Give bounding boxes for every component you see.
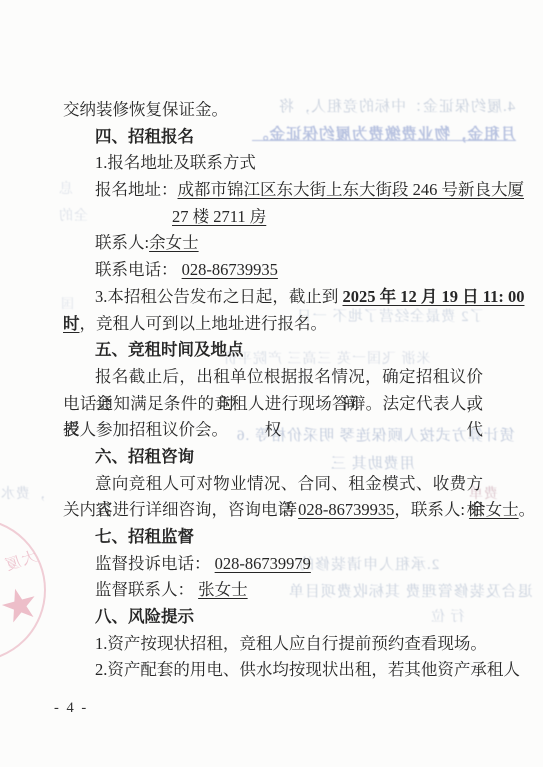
- heading-section-6: 六、招租咨询: [63, 444, 483, 471]
- line-address-2: 27 楼 2711 房: [63, 204, 483, 231]
- text-run: 27 楼 2711 房: [172, 207, 266, 226]
- line-contact-person: 联系人:余女士: [63, 230, 483, 257]
- text-run: 四、招租报名: [95, 127, 194, 146]
- heading-section-4: 四、招租报名: [63, 124, 483, 151]
- para-bidding-2: 电话通知满足条件的竞租人进行现场答辩。法定代表人或授权代: [63, 391, 483, 418]
- line-deadline-2: 时，竞租人可到以上地址进行报名。: [63, 311, 483, 338]
- item-1-contact-heading: 1.报名地址及联系方式: [63, 150, 483, 177]
- bleed-through-text: ，费水: [0, 483, 45, 503]
- text-run: 余女士: [149, 233, 199, 252]
- para-bidding-1: 报名截止后，出租单位根据报名情况，确定招租议价会时间，: [63, 364, 483, 391]
- text-run: 时: [63, 314, 80, 333]
- text-run: 2.资产配套的用电、供水均按现状出租，若其他资产承租人: [95, 660, 520, 679]
- text-run: 监督投诉电话：: [95, 554, 215, 573]
- text-run: 成都市锦江区东大街上东大街段 246 号新良大厦: [178, 180, 525, 199]
- page-number: - 4 -: [54, 700, 88, 717]
- text-run: 028-86739979: [215, 554, 311, 573]
- line-address-1: 报名地址：成都市锦江区东大街上东大街段 246 号新良大厦: [63, 177, 483, 204]
- line-supervision-person: 监督联系人： 张女士: [63, 577, 483, 604]
- line-contact-phone: 联系电话： 028-86739935: [63, 257, 483, 284]
- heading-section-5: 五、竞租时间及地点: [63, 337, 483, 364]
- text-run: 联系电话：: [95, 260, 182, 279]
- text-run: 3.本招租公告发布之日起，截止到: [95, 287, 343, 306]
- text-run: 五、竞租时间及地点: [95, 340, 244, 359]
- text-run: 1.资产按现状招租，竞租人应自行提前预约查看现场。: [95, 634, 487, 653]
- document-body: 交纳装修恢复保证金。四、招租报名1.报名地址及联系方式报名地址：成都市锦江区东大…: [63, 97, 483, 684]
- text-run: 028-86739935: [182, 260, 278, 279]
- text-run: 2025 年 12 月 19 日 11: 00: [343, 287, 525, 306]
- para-risk-2: 2.资产配套的用电、供水均按现状出租，若其他资产承租人: [63, 657, 483, 684]
- text-run: ，竞租人可到以上地址进行报名。: [80, 314, 328, 333]
- text-run: 报名地址：: [95, 180, 178, 199]
- line-supervision-phone: 监督投诉电话： 028-86739979: [63, 551, 483, 578]
- text-run: 表人参加招租议价会。: [63, 420, 228, 439]
- text-run: ，联系人:: [394, 500, 469, 519]
- text-run: 七、招租监督: [95, 527, 194, 546]
- para-deposit-continuation: 交纳装修恢复保证金。: [63, 97, 483, 124]
- text-run: 028-86739935: [298, 500, 394, 519]
- text-run: 联系人:: [95, 233, 149, 252]
- text-run: 监督联系人：: [95, 580, 198, 599]
- text-run: 关内容进行详细咨询，咨询电话: [63, 500, 298, 519]
- line-deadline-1: 3.本招租公告发布之日起，截止到 2025 年 12 月 19 日 11: 00: [63, 284, 483, 311]
- text-run: 交纳装修恢复保证金。: [63, 100, 228, 119]
- heading-section-8: 八、风险提示: [63, 604, 483, 631]
- text-run: 八、风险提示: [95, 607, 194, 626]
- para-consult-2: 关内容进行详细咨询，咨询电话 028-86739935，联系人: 余女士。: [63, 497, 483, 524]
- text-run: 。: [519, 500, 536, 519]
- text-run: 六、招租咨询: [95, 447, 194, 466]
- para-consult-1: 意向竞租人可对物业情况、合同、租金模式、收费方式等相: [63, 471, 483, 498]
- scanned-page: ★ 大厦 4.履约保证金：中标的竞租人，将月租金，物业费缴费为履约保证金。息全的…: [0, 0, 543, 767]
- para-risk-1: 1.资产按现状招租，竞租人应自行提前预约查看现场。: [63, 631, 483, 658]
- text-run: 1.报名地址及联系方式: [95, 153, 256, 172]
- text-run: 余女士: [469, 500, 519, 519]
- text-run: 张女士: [198, 580, 248, 599]
- heading-section-7: 七、招租监督: [63, 524, 483, 551]
